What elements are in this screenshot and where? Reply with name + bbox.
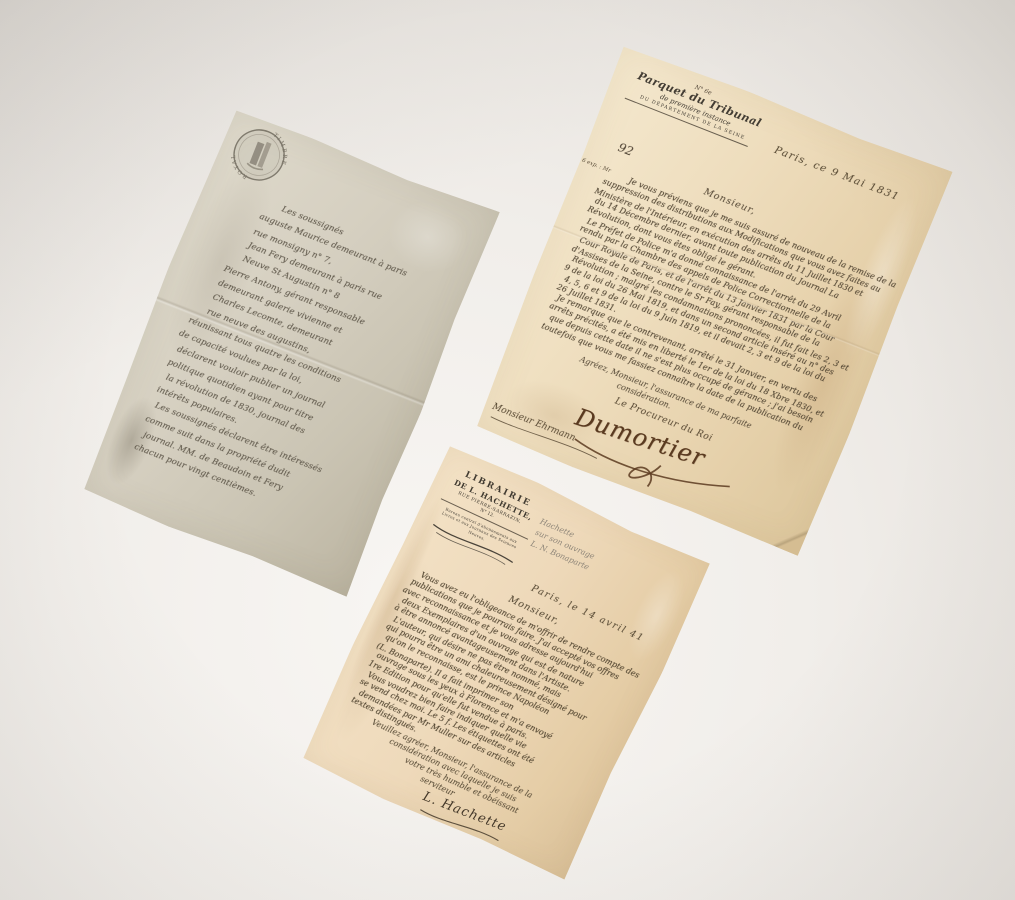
stamp-graphic: TIMBRE ROYAL [221, 117, 296, 192]
tribunal-paper-surface: N° 6e Parquet du Tribunal de première in… [473, 43, 952, 557]
tribunal-letterhead: N° 6e Parquet du Tribunal de première in… [625, 61, 770, 150]
hachette-letterhead: LIBRAIRIE DE L. HACHETTE, RUE PIERRE-SAR… [425, 465, 543, 573]
letter-parquet-tribunal-1831: N° 6e Parquet du Tribunal de première in… [473, 43, 952, 557]
register-mark: 92 [616, 140, 635, 159]
tribunal-handwritten-body: Je vous préviens que je me suis assuré d… [540, 166, 895, 445]
date-line: Paris, ce 9 Mai 1831 [746, 134, 928, 214]
declaration-handwritten-body: Les soussignésauguste Maurice demeurant … [131, 184, 452, 539]
timbre-royal-stamp: TIMBRE ROYAL [221, 117, 296, 192]
folded-corner [753, 497, 818, 557]
pencil-annotations: Hachettesur son ouvrageL. N. Bonaparte [529, 516, 654, 596]
photo-of-three-letters: TIMBRE ROYAL Les soussignésauguste Mauri… [0, 0, 1015, 900]
